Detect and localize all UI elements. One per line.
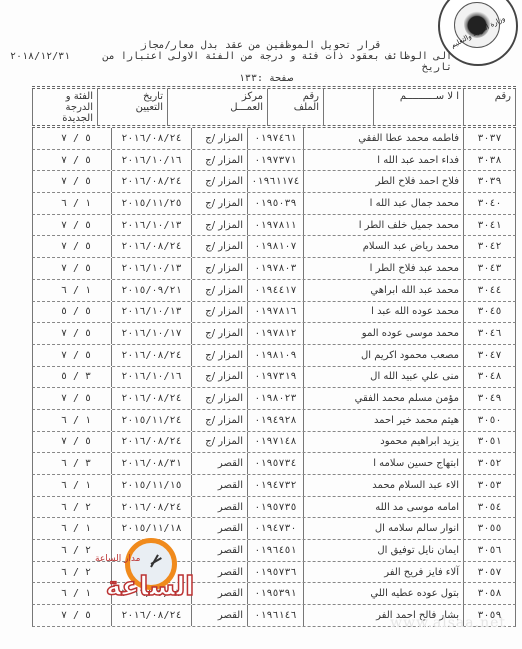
row-number: ٣٠٥٠ <box>463 410 515 431</box>
table-row: ٣٠٥٨بتول عوده عطيه اللي٠١٩٥٣٩١القصر٢٠١٦/… <box>32 583 516 605</box>
row-grade: ٥ / ٧ <box>41 215 111 236</box>
header-appointment-date: تاريخ التعيين <box>97 89 167 126</box>
row-appointment-date: ٢٠١٦/١٠/١٧ <box>111 323 191 344</box>
row-grade: ٢ / ٦ <box>41 562 111 583</box>
row-appointment-date: ٢٠١٥/١١/٢٥ <box>111 193 191 214</box>
row-name: فلاح احمد فلاح الطر <box>303 171 463 192</box>
table-row: ٣٠٤٩مؤمن مسلم محمد الفقي٠١٩٨٠٢٣المزار /ج… <box>32 388 516 410</box>
row-number: ٣٠٤٣ <box>463 258 515 279</box>
row-appointment-date: ٢٠١٦/٠٨/٢٤ <box>111 236 191 257</box>
row-grade: ٥ / ٧ <box>41 345 111 366</box>
effective-date: ٢٠١٨/١٢/٣١ <box>10 51 70 73</box>
row-name: امامه موسى مد الله <box>303 497 463 518</box>
table-row: ٣٠٥٤امامه موسى مد الله٠١٩٥٧٣٥القصر٢٠١٦/٠… <box>32 497 516 519</box>
row-name: محمد عوده الله عبد ا <box>303 302 463 323</box>
watermark-url: www.alsaa.net <box>390 615 506 631</box>
row-number: ٣٠٤٥ <box>463 302 515 323</box>
row-work-center: المزار /ج <box>191 432 247 453</box>
row-work-center: القصر <box>191 562 247 583</box>
row-file-number: ٠١٩٥٧٣٥ <box>247 497 303 518</box>
row-name: محمد رياض عبد السلام <box>303 236 463 257</box>
header-grade: الفئة و الدرجة الجديدة <box>31 89 97 126</box>
row-name: آلاء فايز فريح الفر <box>303 562 463 583</box>
table-row: ٣٠٥٥انوار سالم سلامه ال٠١٩٤٧٣٠القصر٢٠١٥/… <box>32 518 516 540</box>
row-work-center: المزار /ج <box>191 215 247 236</box>
row-appointment-date: ٢٠١٦/٠٨/٣١ <box>111 453 191 474</box>
table-row: ٣٠٤٣محمد عبد فلاح الطر ا٠١٩٧٨٠٣المزار /ج… <box>32 258 516 280</box>
row-number: ٣٠٤٤ <box>463 280 515 301</box>
row-name: مصعب محمود اكريم ال <box>303 345 463 366</box>
row-file-number: ٠١٩٧٣١٩ <box>247 367 303 388</box>
row-grade: ١ / ٦ <box>41 410 111 431</box>
row-grade: ٥ / ٧ <box>41 150 111 171</box>
row-work-center: المزار /ج <box>191 323 247 344</box>
row-name: فداء احمد عبد الله ا <box>303 150 463 171</box>
row-file-number: ٠١٩٦١٤٦ <box>247 605 303 626</box>
row-file-number: ٠١٩٧٨١٦ <box>247 302 303 323</box>
row-grade: ٥ / ٧ <box>41 171 111 192</box>
table-row: ٣٠٤١محمد جميل خلف الطر ا٠١٩٧٨١١المزار /ج… <box>32 215 516 237</box>
row-work-center: المزار /ج <box>191 128 247 149</box>
row-appointment-date: ٢٠١٦/٠٨/٢٤ <box>111 497 191 518</box>
table-row: ٣٠٣٩فلاح احمد فلاح الطر٠١٩٦١١٧٤المزار /ج… <box>32 171 516 193</box>
row-grade: ١ / ٦ <box>41 475 111 496</box>
row-appointment-date: ٢٠١٥/١١/١٨ <box>111 518 191 539</box>
row-file-number: ٠١٩٧٣٧١ <box>247 150 303 171</box>
title-line-1: قرار تحويل الموظفين من عقد بدل معار/مجاز <box>10 40 452 51</box>
row-number: ٣٠٥٤ <box>463 497 515 518</box>
table-row: ٣٠٤٦محمد موسى عوده المو٠١٩٧٨١٢المزار /ج٢… <box>32 323 516 345</box>
row-number: ٣٠٤٩ <box>463 388 515 409</box>
table-row: ٣٠٥٠هيثم محمد خير احمد٠١٩٤٩٢٨المزار /ج٢٠… <box>32 410 516 432</box>
table-row: ٣٠٣٧فاطمه محمد عطا الفقي٠١٩٧٤٦١المزار /ج… <box>32 128 516 150</box>
row-number: ٣٠٣٨ <box>463 150 515 171</box>
employee-table: رقم ا لا ســــــــــم رقم الملف مركز الع… <box>32 86 516 627</box>
row-file-number: ٠١٩٦١١٧٤ <box>247 171 303 192</box>
row-work-center: القصر <box>191 497 247 518</box>
row-number: ٣٠٤٠ <box>463 193 515 214</box>
row-number: ٣٠٥٣ <box>463 475 515 496</box>
row-grade: ١ / ٦ <box>41 193 111 214</box>
row-work-center: القصر <box>191 475 247 496</box>
row-appointment-date: ٢٠١٥/١١/١٥ <box>111 475 191 496</box>
row-name: محمد عبد الله ابراهي <box>303 280 463 301</box>
row-name: فاطمه محمد عطا الفقي <box>303 128 463 149</box>
row-appointment-date: ٢٠١٦/٠٨/٢٤ <box>111 432 191 453</box>
table-row: ٣٠٤٥محمد عوده الله عبد ا٠١٩٧٨١٦المزار /ج… <box>32 302 516 324</box>
row-file-number: ٠١٩٥٣٩١ <box>247 583 303 604</box>
row-number: ٣٠٥٦ <box>463 540 515 561</box>
row-grade: ١ / ٦ <box>41 518 111 539</box>
row-grade: ٥ / ٧ <box>41 323 111 344</box>
row-name: بتول عوده عطيه اللي <box>303 583 463 604</box>
row-work-center: المزار /ج <box>191 302 247 323</box>
row-grade: ٥ / ٧ <box>41 432 111 453</box>
row-appointment-date <box>111 562 191 583</box>
header-spacer <box>323 89 373 126</box>
row-file-number: ٠١٩٧١٤٨ <box>247 432 303 453</box>
row-name: ابتهاج حسين سلامه ا <box>303 453 463 474</box>
table-header: رقم ا لا ســــــــــم رقم الملف مركز الع… <box>32 89 516 125</box>
row-number: ٣٠٣٧ <box>463 128 515 149</box>
scanned-document-page: وزارة التربية والتعليم قرار تحويل الموظف… <box>0 0 522 649</box>
row-appointment-date: ٢٠١٦/٠٢/٠٧ <box>111 583 191 604</box>
row-work-center: المزار /ج <box>191 236 247 257</box>
title-line-2-text: الى الوظائف بعقود ذات فئة و درجة من الفئ… <box>70 51 452 73</box>
row-number: ٣٠٥٥ <box>463 518 515 539</box>
row-number: ٣٠٤٢ <box>463 236 515 257</box>
row-file-number: ٠١٩٦٤٥١ <box>247 540 303 561</box>
header-file-number: رقم الملف <box>267 89 323 126</box>
row-file-number: ٠١٩٧٤٦١ <box>247 128 303 149</box>
row-name: منى علي عبيد الله ال <box>303 367 463 388</box>
row-name: الاء عبد السلام محمد <box>303 475 463 496</box>
table-row: ٣٠٤٨منى علي عبيد الله ال٠١٩٧٣١٩المزار /ج… <box>32 367 516 389</box>
table-row: ٣٠٥٦ايمان نايل توفيق ال٠١٩٦٤٥١القصر٢ / ٦ <box>32 540 516 562</box>
row-appointment-date: ٢٠١٦/٠٨/٢٤ <box>111 128 191 149</box>
row-work-center: القصر <box>191 540 247 561</box>
row-work-center: القصر <box>191 605 247 626</box>
row-grade: ١ / ٦ <box>41 280 111 301</box>
table-body: ٣٠٣٧فاطمه محمد عطا الفقي٠١٩٧٤٦١المزار /ج… <box>32 128 516 627</box>
row-appointment-date: ٢٠١٦/١٠/١٣ <box>111 215 191 236</box>
row-file-number: ٠١٩٨١٠٧ <box>247 236 303 257</box>
row-number: ٣٠٥٨ <box>463 583 515 604</box>
row-name: محمد موسى عوده المو <box>303 323 463 344</box>
row-name: يزيد ابراهيم محمود <box>303 432 463 453</box>
table-row: ٣٠٤٤محمد عبد الله ابراهي٠١٩٤٤١٧المزار /ج… <box>32 280 516 302</box>
row-appointment-date: ٢٠١٦/١٠/١٦ <box>111 150 191 171</box>
row-appointment-date: ٢٠١٦/٠٨/٢٤ <box>111 345 191 366</box>
row-grade: ٥ / ٧ <box>41 388 111 409</box>
row-work-center: المزار /ج <box>191 345 247 366</box>
table-row: ٣٠٤٢محمد رياض عبد السلام٠١٩٨١٠٧المزار /ج… <box>32 236 516 258</box>
row-work-center: المزار /ج <box>191 410 247 431</box>
row-number: ٣٠٥١ <box>463 432 515 453</box>
row-work-center: المزار /ج <box>191 193 247 214</box>
row-work-center: المزار /ج <box>191 280 247 301</box>
row-grade: ٥ / ٧ <box>41 258 111 279</box>
row-grade: ٥ / ٧ <box>41 236 111 257</box>
title-line-2: الى الوظائف بعقود ذات فئة و درجة من الفئ… <box>10 51 452 73</box>
header-number: رقم <box>463 89 515 126</box>
row-file-number: ٠١٩٤٤١٧ <box>247 280 303 301</box>
row-appointment-date: ٢٠١٦/٠٨/٢٤ <box>111 388 191 409</box>
row-file-number: ٠١٩٧٨١١ <box>247 215 303 236</box>
row-file-number: ٠١٩٥٠٣٩ <box>247 193 303 214</box>
table-row: ٣٠٥٧آلاء فايز فريح الفر٠١٩٥٧٣٦القصر٢ / ٦ <box>32 562 516 584</box>
row-name: محمد عبد فلاح الطر ا <box>303 258 463 279</box>
row-work-center: القصر <box>191 518 247 539</box>
row-number: ٣٠٤٨ <box>463 367 515 388</box>
row-work-center: المزار /ج <box>191 150 247 171</box>
row-grade: ٥ / ٧ <box>41 128 111 149</box>
table-row: ٣٠٥٢ابتهاج حسين سلامه ا٠١٩٥٧٣٤القصر٢٠١٦/… <box>32 453 516 475</box>
row-grade: ١ / ٦ <box>41 583 111 604</box>
row-name: مؤمن مسلم محمد الفقي <box>303 388 463 409</box>
row-appointment-date: ٢٠١٦/١٠/١٣ <box>111 302 191 323</box>
row-grade: ٢ / ٦ <box>41 497 111 518</box>
row-grade: ٥ / ٥ <box>41 302 111 323</box>
row-name: ايمان نايل توفيق ال <box>303 540 463 561</box>
table-row: ٣٠٥٣الاء عبد السلام محمد٠١٩٤٧٣٢القصر٢٠١٥… <box>32 475 516 497</box>
row-appointment-date: ٢٠١٥/١١/٢٤ <box>111 410 191 431</box>
row-file-number: ٠١٩٥٧٣٤ <box>247 453 303 474</box>
row-appointment-date: ٢٠١٦/٠٨/٢٤ <box>111 171 191 192</box>
row-grade: ٣ / ٥ <box>41 367 111 388</box>
row-file-number: ٠١٩٨٠٢٣ <box>247 388 303 409</box>
row-number: ٣٠٤٧ <box>463 345 515 366</box>
row-grade: ٥ / ٧ <box>41 605 111 626</box>
row-file-number: ٠١٩٨١٠٩ <box>247 345 303 366</box>
row-work-center: المزار /ج <box>191 388 247 409</box>
row-name: انوار سالم سلامه ال <box>303 518 463 539</box>
row-work-center: المزار /ج <box>191 258 247 279</box>
header-work-center: مركز العمـــل <box>167 89 267 126</box>
row-file-number: ٠١٩٤٧٣٠ <box>247 518 303 539</box>
row-file-number: ٠١٩٧٨١٢ <box>247 323 303 344</box>
row-work-center: المزار /ج <box>191 171 247 192</box>
page-number: صفحة :١٣٣ <box>10 73 452 84</box>
row-name: هيثم محمد خير احمد <box>303 410 463 431</box>
row-name: محمد جمال عبد الله ا <box>303 193 463 214</box>
row-appointment-date: ٢٠١٦/١٠/١٣ <box>111 258 191 279</box>
header-name: ا لا ســــــــــم <box>373 89 463 126</box>
row-appointment-date: ٢٠١٥/٠٩/٢١ <box>111 280 191 301</box>
row-appointment-date: ٢٠١٦/٠٨/٢٤ <box>111 605 191 626</box>
row-number: ٣٠٤٦ <box>463 323 515 344</box>
table-row: ٣٠٥١يزيد ابراهيم محمود٠١٩٧١٤٨المزار /ج٢٠… <box>32 432 516 454</box>
row-name: محمد جميل خلف الطر ا <box>303 215 463 236</box>
row-grade: ٢ / ٦ <box>41 540 111 561</box>
row-work-center: القصر <box>191 453 247 474</box>
row-number: ٣٠٤١ <box>463 215 515 236</box>
row-appointment-date: ٢٠١٦/١٠/١٦ <box>111 367 191 388</box>
row-number: ٣٠٥٧ <box>463 562 515 583</box>
row-file-number: ٠١٩٤٧٣٢ <box>247 475 303 496</box>
row-number: ٣٠٥٢ <box>463 453 515 474</box>
document-title-block: قرار تحويل الموظفين من عقد بدل معار/مجاز… <box>10 40 452 84</box>
row-work-center: القصر <box>191 583 247 604</box>
row-file-number: ٠١٩٥٧٣٦ <box>247 562 303 583</box>
table-row: ٣٠٤٠محمد جمال عبد الله ا٠١٩٥٠٣٩المزار /ج… <box>32 193 516 215</box>
row-appointment-date <box>111 540 191 561</box>
row-number: ٣٠٣٩ <box>463 171 515 192</box>
row-work-center: المزار /ج <box>191 367 247 388</box>
row-file-number: ٠١٩٧٨٠٣ <box>247 258 303 279</box>
table-row: ٣٠٣٨فداء احمد عبد الله ا٠١٩٧٣٧١المزار /ج… <box>32 150 516 172</box>
row-grade: ٣ / ٦ <box>41 453 111 474</box>
table-row: ٣٠٤٧مصعب محمود اكريم ال٠١٩٨١٠٩المزار /ج٢… <box>32 345 516 367</box>
row-file-number: ٠١٩٤٩٢٨ <box>247 410 303 431</box>
